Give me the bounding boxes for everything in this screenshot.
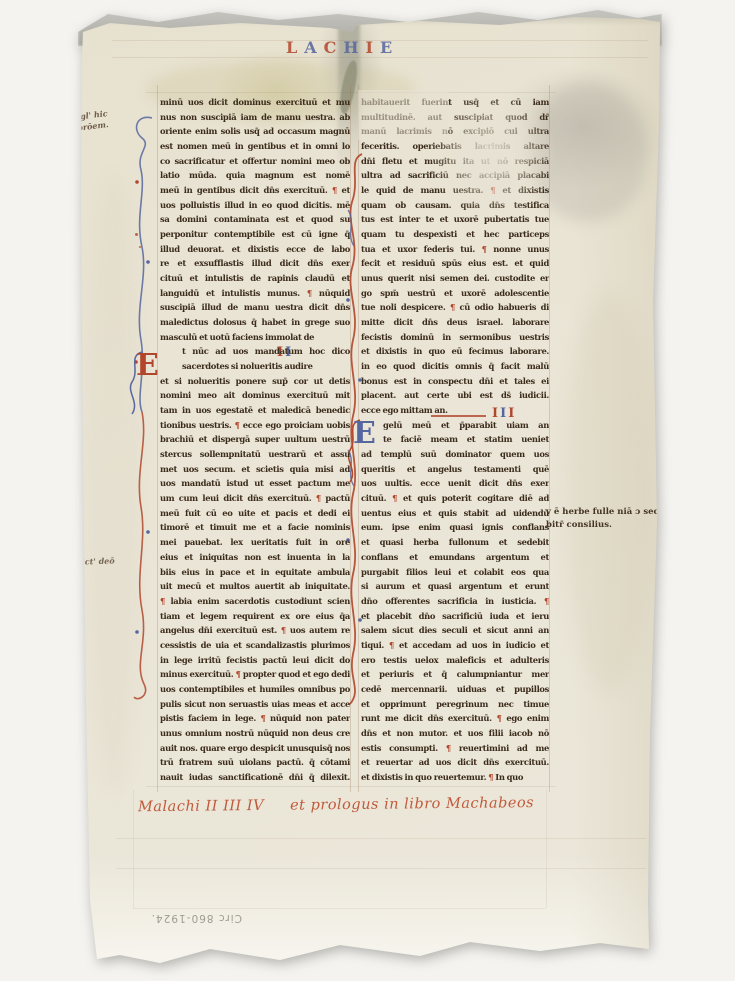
text-line: angelus dn̄i exercituū est. ¶ uos autem …	[160, 623, 350, 638]
text-line: sacerdotes si nolueritis audire	[160, 359, 350, 374]
text-line: uos contemptibiles et humiles omnibus po	[160, 682, 350, 697]
pilcrow-mark: ¶	[332, 185, 337, 195]
text-line: cedē mercennarii. uiduas et pupillos	[361, 682, 549, 697]
colored-letter: I	[366, 38, 380, 57]
text-line: eum. ipse enim quasi ignis conflans	[361, 520, 549, 535]
text-line: ¶ labia enim sacerdotis custodiunt scien	[160, 594, 350, 609]
text-line: minus exercituū. ¶ propter quod et ego d…	[160, 667, 350, 682]
text-line: purgabit filios leui et colabit eos qua	[361, 565, 549, 580]
text-line: runt me dicit dn̄s exercituū. ¶ ego enim	[361, 711, 549, 726]
inscription-reference: Malachi II III IV	[138, 798, 264, 815]
text-line: auit nos. quare ergo despicit unusquisq̄…	[160, 741, 350, 756]
text-line: ecce ego mittam an.	[361, 403, 549, 418]
accession-number: Circ 860-1924.	[122, 912, 242, 924]
pilcrow-mark: ¶	[281, 625, 286, 635]
text-line: habitauerit fuerint usq̄ et cū iam	[361, 95, 549, 110]
text-line: unus querit nisi semen dei. custodite er	[361, 271, 549, 286]
text-line: est nomen meū in gentibus et in omni lo	[160, 139, 350, 154]
text-line: in lege irritū fecistis pactū leui dicit…	[160, 653, 350, 668]
text-line: multitudinē. aut suscipiat quod dr̄	[361, 110, 549, 125]
text-line: pulis sicut non seruastis uias meas et a…	[160, 697, 350, 712]
text-line: placent. aut certe ubi est ds̄ iudicii.	[361, 388, 549, 403]
text-line: ad templū suū dominator quem uos	[361, 447, 549, 462]
text-line: t nūc ad uos mandatum hoc dico	[160, 344, 350, 359]
ruling-line	[549, 85, 550, 792]
text-line: bonus est in conspectu dn̄i et tales ei	[361, 374, 549, 389]
text-line: trū fratrem suū uiolans pactū. q̄ cōtami	[160, 755, 350, 770]
text-line: fecit et residuū spūs eius est. et quid	[361, 256, 549, 271]
text-line: sa domini contaminata est et quod su	[160, 212, 350, 227]
stain-left-band	[86, 172, 141, 792]
text-line: nauit iudas sanctificationē dn̄i q̄ dile…	[160, 770, 350, 785]
ruling-line	[350, 85, 351, 792]
text-line: mei pauebat. lex ueritatis fuit in ore	[160, 535, 350, 550]
text-column-right: habitauerit fuerint usq̄ et cū iammultit…	[361, 95, 549, 785]
text-line: eius et iniquitas non est inuenta in la	[160, 550, 350, 565]
text-line: te faciē meam et statim ueniet	[361, 432, 549, 447]
text-line: tus est inter te et uxorē pubertatis tue	[361, 212, 549, 227]
pilcrow-mark: ¶	[446, 743, 451, 753]
curatorial-inscription: Malachi II III IVet prologus in libro Ma…	[138, 795, 568, 816]
text-line: masculū et uotū faciens immolat de	[160, 330, 350, 345]
text-column-left: minū uos dicit dominus exercituū et munu…	[160, 95, 350, 785]
colored-letter: E	[380, 38, 399, 57]
text-line: quam tu despexisti et hec particeps	[361, 227, 549, 242]
text-line: maledictus dolosus q̄ habet in grege suo	[160, 315, 350, 330]
manuscript-leaf: LACHIE	[76, 12, 662, 964]
ruling-line	[133, 908, 546, 909]
text-line: in eo quod dicitis omnis q̄ facit malū	[361, 359, 549, 374]
text-line: go spm̄ uestrū et uxorē adolescentie	[361, 286, 549, 301]
text-line: Maledict' deō	[54, 554, 144, 568]
text-line: quam ob causam. quia dn̄s testifica	[361, 198, 549, 213]
text-line: et quasi herba fullonum et sedebit	[361, 535, 549, 550]
text-line: um cum leui dicit dn̄s exercituū. ¶ pact…	[160, 491, 350, 506]
colored-letter: C	[324, 38, 344, 57]
text-line: uos uultis. ecce uenit dicit dn̄s exer	[361, 476, 549, 491]
text-line: mitte dicit dn̄s deus israel. laborare	[361, 315, 549, 330]
text-line: et periuris et q̄ calumpniantur mer	[361, 667, 549, 682]
text-line: cituū. ¶ et quis poterit cogitare diē ad	[361, 491, 549, 506]
running-title: LACHIE	[286, 38, 426, 60]
text-line: re et exsufflastis illud dicit dn̄s exer	[160, 256, 350, 271]
text-line: cituū et intulistis de rapinis claudū et	[160, 271, 350, 286]
text-line: met uos secum. et scietis quia misi ad	[160, 462, 350, 477]
text-line: suscipiā illud de manu uestra dicit dn̄s	[160, 300, 350, 315]
text-line: ero testis uelox maleficis et adulteris	[361, 653, 549, 668]
text-line: tue noli despicere. ¶ cū odio habueris d…	[361, 300, 549, 315]
pilcrow-mark: ¶	[497, 713, 502, 723]
text-line: cessistis de uia et scandalizastis pluri…	[160, 638, 350, 653]
pilcrow-mark: ¶	[236, 669, 241, 679]
ruling-line	[133, 790, 134, 908]
text-line: biis eius in pace et in equitate ambula	[160, 565, 350, 580]
stain-right-band	[564, 292, 654, 692]
text-line: stercus sollempnitatū uestrarū et assu	[160, 447, 350, 462]
illuminated-initial-chapter2: E	[136, 351, 159, 381]
text-line: nus non suscipiā iam de manu uestra. ab	[160, 110, 350, 125]
text-line: feceritis. operiebatis lacrimis altare	[361, 139, 549, 154]
pilcrow-mark: ¶	[160, 596, 165, 606]
text-line: perponitur contemptibile est cū igne q̄	[160, 227, 350, 242]
ruling-line	[157, 85, 158, 792]
ruling-line	[146, 786, 556, 787]
text-line: et reuertar ad uos dicit dn̄s exercituū.	[361, 755, 549, 770]
marginal-gloss-left-top: Si āngl' hicspū orōem.	[57, 102, 159, 136]
pen-flourish-left-column	[128, 112, 158, 707]
text-line: dn̄o offerentes sacrificia in iusticia. …	[361, 594, 549, 609]
text-line: uos mandatū istud ut esset pactum me	[160, 476, 350, 491]
text-line: et placebit dn̄o sacrificiū iuda et ieru	[361, 609, 549, 624]
text-line: le quid de manu uestra. ¶ et dixistis	[361, 183, 549, 198]
pilcrow-mark: ¶	[392, 493, 397, 503]
text-line: nomini meo ait dominus exercituū mit	[160, 388, 350, 403]
photograph-background: LACHIE	[0, 0, 735, 981]
text-line: languidū et intulistis munus. ¶ nūquid	[160, 286, 350, 301]
text-line: tiqui. ¶ et accedam ad uos in iudicio et	[361, 638, 549, 653]
text-line: estis consumpti. ¶ reuertimini ad me	[361, 741, 549, 756]
text-line: tionibus uestris. ¶ ecce ego proiciam uo…	[160, 418, 350, 433]
pilcrow-mark: ¶	[490, 185, 495, 195]
text-line: et dixistis in quo reuertemur. ¶ In quo	[361, 770, 549, 785]
text-line: pistis faciem in lege. ¶ nūquid non pate…	[160, 711, 350, 726]
marginal-gloss-right: v ē herbe fulle niā ɔ sectbitr̄ consiliu…	[546, 506, 666, 532]
text-line: si aurum et quasi argentum et erunt	[361, 579, 549, 594]
text-line: tua et uxor federis tui. ¶ nonne unus	[361, 242, 549, 257]
text-line: brachiū et dispergā super uultum uestrū	[160, 432, 350, 447]
text-line: timorē et timuit me et a facie nominis	[160, 520, 350, 535]
pilcrow-mark: ¶	[544, 596, 549, 606]
text-line: v ē herbe fulle niā ɔ sect	[546, 506, 666, 519]
pilcrow-mark: ¶	[260, 713, 265, 723]
text-line: queritis et angelus testamenti quē	[361, 462, 549, 477]
text-line: fecistis dominū in sermonibus uestris	[361, 330, 549, 345]
pilcrow-mark: ¶	[482, 244, 487, 254]
colored-letter: A	[304, 38, 323, 57]
pilcrow-mark: ¶	[307, 288, 312, 298]
inscription-contents: et prologus in libro Machabeos	[290, 795, 534, 814]
text-line: manū lacrimis nō excipiō cui ultra	[361, 124, 549, 139]
colored-letter: H	[343, 38, 365, 57]
marginal-gloss-left-middle: Maledict' deō	[54, 554, 144, 568]
text-line: gelū meū et p̄parabit uiam an	[361, 418, 549, 433]
ruling-line	[116, 838, 646, 839]
pilcrow-mark: ¶	[316, 493, 321, 503]
text-line: latio mūda. quia magnum est nomē	[160, 168, 350, 183]
pilcrow-mark: ¶	[450, 302, 455, 312]
ink-speck	[67, 448, 71, 452]
text-line: uos polluistis illud in eo quod dicitis.…	[160, 198, 350, 213]
text-line: et dixistis in quo eū fecimus laborare.	[361, 344, 549, 359]
text-line: meū in gentibus dicit dn̄s exercituū. ¶ …	[160, 183, 350, 198]
text-line: uit mecū et multos auertit ab iniquitate…	[160, 579, 350, 594]
text-line: uentus eius et quis stabit ad uidendū	[361, 506, 549, 521]
text-line: tiam et legem requirent ex ore eius q̄a	[160, 609, 350, 624]
red-speck	[135, 233, 138, 236]
text-line: oriente enim solis usq̄ ad occasum magnū	[160, 124, 350, 139]
text-line: co sacrificatur et offertur nomini meo o…	[160, 154, 350, 169]
text-line: et si nolueritis ponere sup̄ cor ut deti…	[160, 374, 350, 389]
text-line: tam in uos egestatē et maledicā benedic	[160, 403, 350, 418]
pilcrow-mark: ¶	[389, 640, 394, 650]
pilcrow-mark: ¶	[235, 420, 240, 430]
ruling-line	[116, 868, 646, 869]
text-line: conflans et emundans argentum et	[361, 550, 549, 565]
pilcrow-mark: ¶	[488, 772, 493, 782]
text-line: ultra ad sacrificiū nec accipiā placabi	[361, 168, 549, 183]
text-line: bitr̄ consilius.	[546, 519, 666, 532]
text-line: illud deuorat. et dixistis ecce de labo	[160, 242, 350, 257]
text-line: salem sicut dies seculi et sicut anni an	[361, 623, 549, 638]
text-line: dn̄s et non mutor. et uos filii iacob nō	[361, 726, 549, 741]
red-speck	[139, 246, 141, 248]
text-line: dn̄i fletu et mugitu ita ut nō respiciā	[361, 154, 549, 169]
text-line: et opprimunt peregrinum nec timue	[361, 697, 549, 712]
leaf-shadow-wrap: LACHIE	[0, 0, 735, 981]
text-line: minū uos dicit dominus exercituū et mu	[160, 95, 350, 110]
text-line: meū fuit cū eo uite et pacis et dedi ei	[160, 506, 350, 521]
colored-letter: L	[286, 38, 304, 57]
text-line: unus omnium nostrū nūquid non deus cre	[160, 726, 350, 741]
